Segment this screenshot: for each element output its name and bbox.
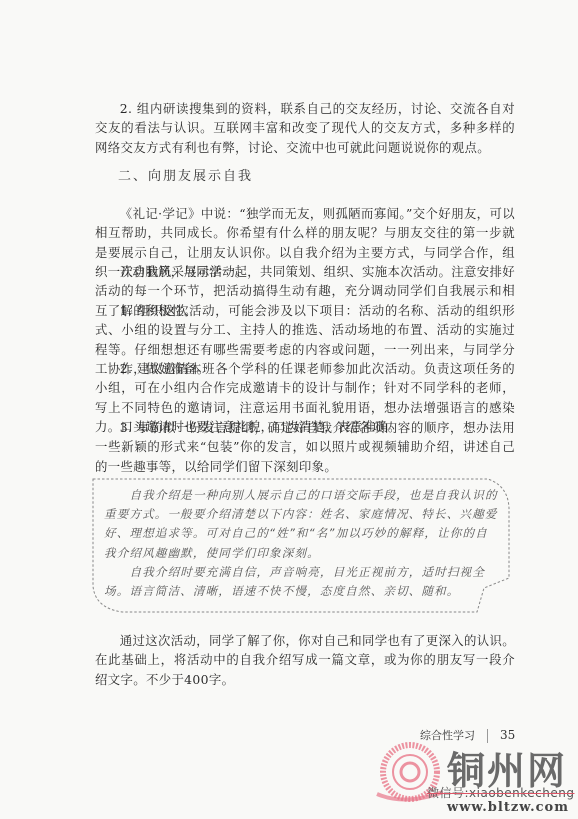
watermark-wechat: 微信号:xiaobenkecheng [427,784,575,801]
tip-paragraph-1: 自我介绍是一种向别人展示自己的口语交际手段，也是自我认识的重要方式。一般要介绍清… [104,486,499,563]
paragraph-discussion-item-2: 2. 组内研读搜集到的资料，联系自己的交友经历，讨论、交流各自对交友的看法与认识… [95,99,515,157]
paragraph-conclusion: 通过这次活动，同学了解了你，你对自己和同学也有了更深入的认识。在此基础上，将活动… [95,631,515,689]
watermark-url: www.bltzw.com [447,800,569,815]
step-3: 3. 事前拟一份发言提纲，确定好自我介绍各项内容的顺序，想办法用一些新颖的形式来… [95,418,515,476]
tip-paragraph-2: 自我介绍时要充满自信，声音响亮，目光正视前方，适时扫视全场。语言简洁、清晰，语速… [104,563,499,601]
section-heading: 二、向朋友展示自我 [118,165,253,184]
tip-box: 自我介绍是一种向别人展示自己的口语交际手段，也是自我认识的重要方式。一般要介绍清… [92,478,510,613]
textbook-page: 2. 组内研读搜集到的资料，联系自己的交友经历，讨论、交流各自对交友的看法与认识… [0,0,578,819]
watermark: 铜州网 微信号:xiaobenkecheng www.bltzw.com [375,740,575,819]
